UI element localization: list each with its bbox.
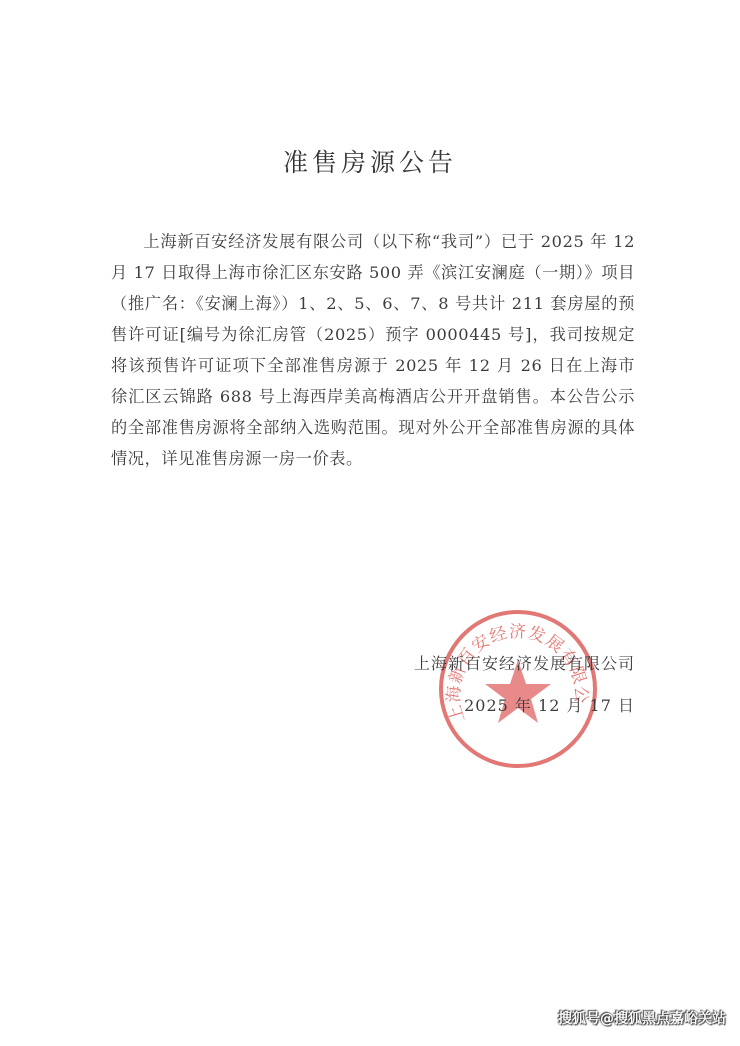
announcement-paragraph: 上海新百安经济发展有限公司（以下称“我司”）已于 2025 年 12 月 17 …: [111, 226, 635, 474]
signature-company: 上海新百安经济发展有限公司: [390, 650, 635, 678]
announcement-body: 上海新百安经济发展有限公司（以下称“我司”）已于 2025 年 12 月 17 …: [111, 226, 635, 474]
source-watermark: 搜狐号@搜狐黑点嘉峪关站: [558, 1008, 726, 1028]
signature-date: 2025 年 12 月 17 日: [390, 692, 635, 720]
signature-block: 上海新百安经济发展有限公司 2025 年 12 月 17 日: [390, 650, 635, 720]
document-title: 准售房源公告: [0, 143, 740, 179]
